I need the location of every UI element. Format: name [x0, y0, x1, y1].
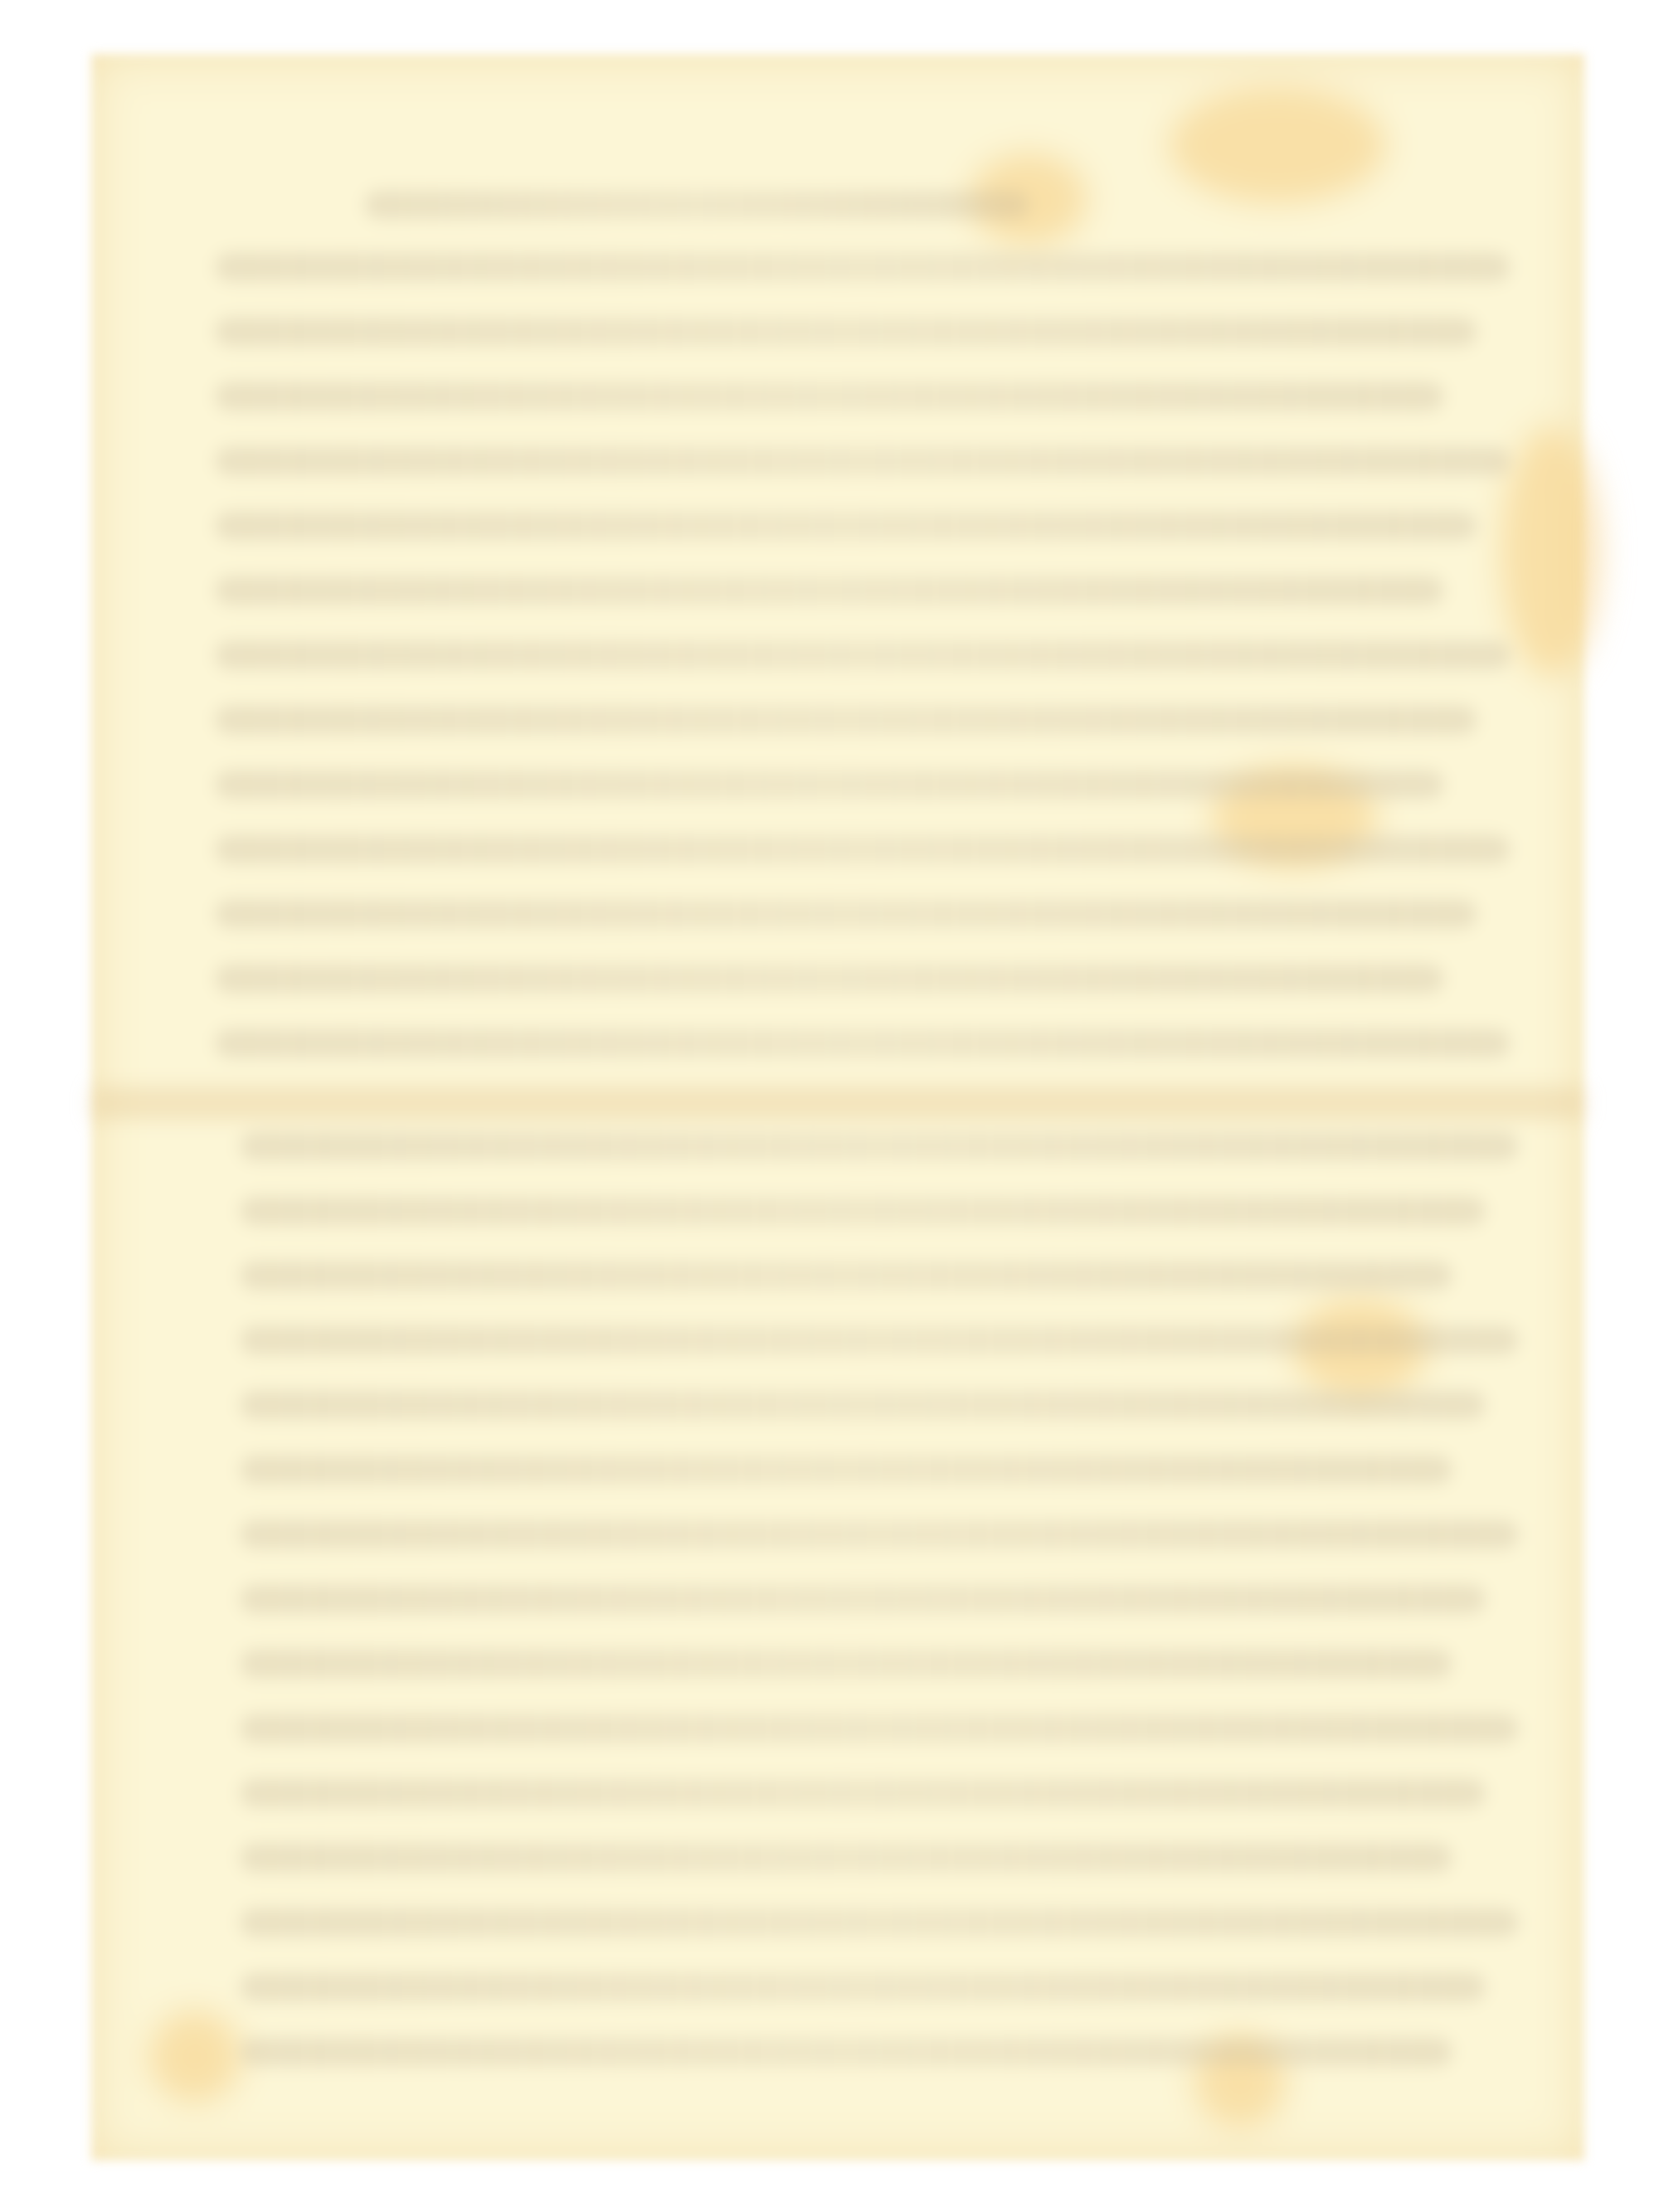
- text-line: [illegible]: [241, 1456, 1452, 1484]
- text-line: [illegible]: [216, 771, 1443, 799]
- text-line: [illegible]: [241, 1908, 1518, 1937]
- text-line: [illegible]: [241, 1326, 1518, 1354]
- text-line: [illegible]: [216, 512, 1477, 540]
- text-line: [illegible]: [241, 1520, 1518, 1548]
- text-line: [illegible]: [216, 1029, 1510, 1057]
- text-line: [illegible]: [216, 835, 1510, 863]
- text-line: [illegible]: [216, 706, 1477, 734]
- text-line: [illegible]: [216, 900, 1477, 928]
- stain-right-edge: [1501, 427, 1601, 676]
- text-line: [illegible]: [241, 1262, 1452, 1290]
- text-line: [illegible]: [241, 1391, 1485, 1419]
- text-line: [illegible]: [241, 1650, 1452, 1678]
- stain-top-right: [1170, 87, 1385, 203]
- text-line: [illegible]: [241, 1714, 1518, 1743]
- heading-text: [illegible]: [91, 54, 92, 55]
- text-line: [illegible]: [241, 2038, 1452, 2066]
- paper-sheet: [illegible] [illegible][illegible][illeg…: [91, 54, 1584, 2161]
- text-line: [illegible]: [241, 1779, 1485, 1807]
- text-line: [illegible]: [216, 576, 1443, 605]
- text-line: [illegible]: [216, 382, 1443, 411]
- paper-fold: [91, 1087, 1584, 1120]
- text-line: [illegible]: [216, 641, 1510, 669]
- text-line: [illegible]: [241, 1585, 1485, 1613]
- heading-line: [365, 191, 1029, 219]
- text-line: [illegible]: [216, 253, 1510, 281]
- text-line: [illegible]: [241, 1973, 1485, 2001]
- text-line: [illegible]: [216, 318, 1477, 346]
- text-line: [illegible]: [241, 1844, 1452, 1872]
- text-line: [illegible]: [216, 447, 1510, 475]
- text-line: [illegible]: [216, 965, 1443, 993]
- text-line: [illegible]: [241, 1197, 1485, 1225]
- stain-bottom-left: [149, 2011, 241, 2103]
- text-line: [illegible]: [241, 1132, 1518, 1160]
